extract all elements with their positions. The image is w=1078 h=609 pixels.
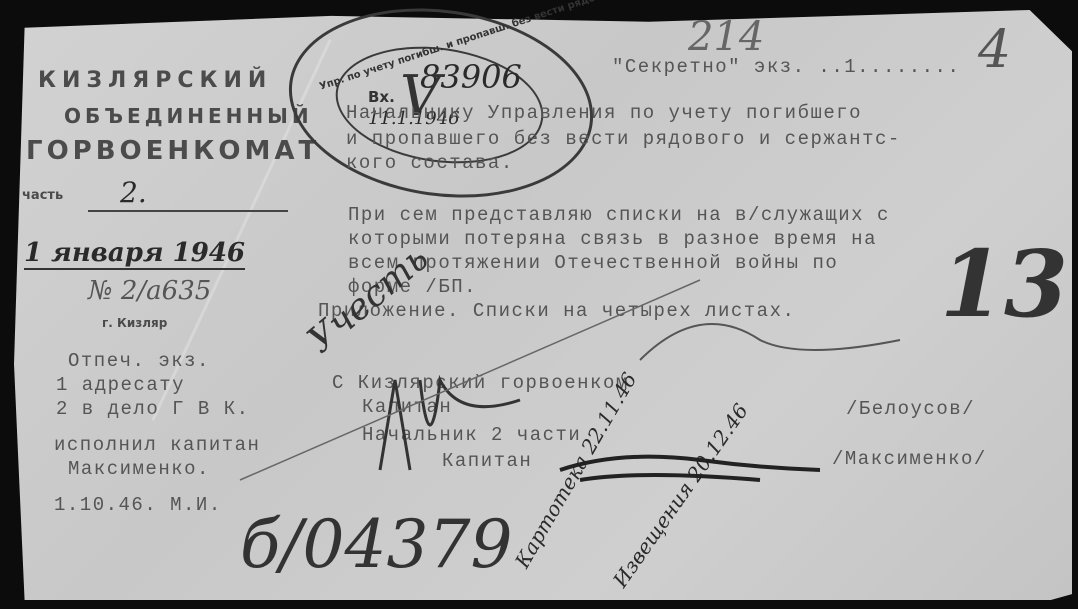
signature-scribbles: [0, 0, 1078, 609]
